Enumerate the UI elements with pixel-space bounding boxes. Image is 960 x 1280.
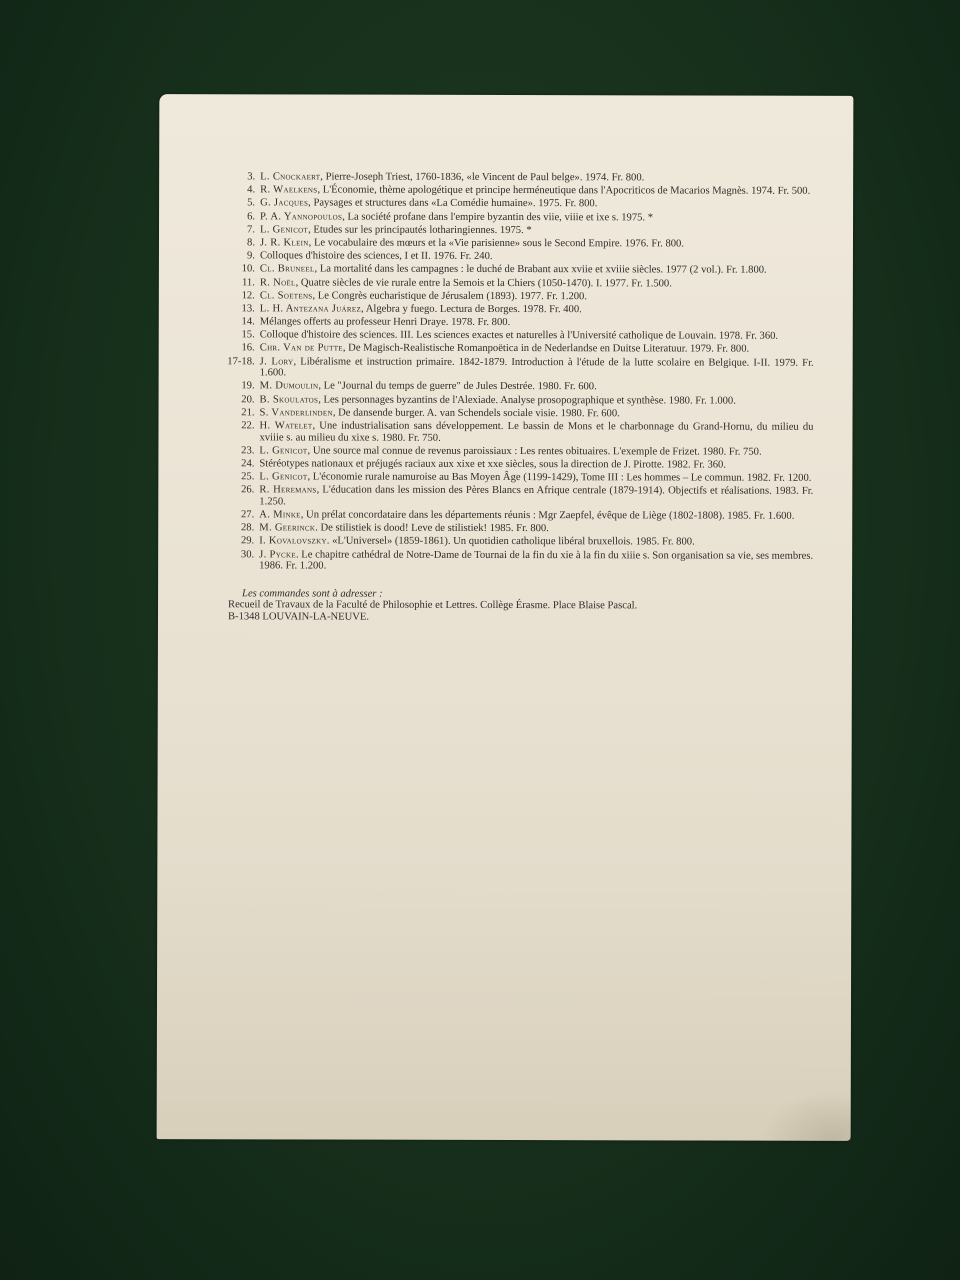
list-item: 22.H. Watelet, Une industrialisation san… bbox=[240, 420, 813, 445]
entry-author: L. Genicot bbox=[260, 224, 308, 235]
list-item: 25.L. Genicot, L'économie rurale namuroi… bbox=[240, 471, 813, 484]
list-item: 21.S. Vanderlinden, De dansende burger. … bbox=[241, 407, 814, 420]
entry-author: Chr. Van de Putte bbox=[260, 343, 343, 354]
entry-number: 28. bbox=[232, 523, 259, 535]
entry-title: . «L'Universel» (1859-1861). Un quotidie… bbox=[327, 536, 695, 548]
entry-number: 24. bbox=[232, 458, 259, 470]
entry-text: L. H. Antezana Juárez, Algebra y fuego. … bbox=[260, 303, 814, 316]
entry-title: , Etudes sur les principautés lotharingi… bbox=[308, 224, 532, 236]
entry-title: , Une source mal connue de revenus paroi… bbox=[308, 445, 762, 457]
entry-text: Colloque d'histoire des sciences. III. L… bbox=[260, 330, 814, 343]
entry-title: , Le "Journal du temps de guerre" de Jul… bbox=[318, 381, 596, 393]
entry-number: 14. bbox=[233, 316, 260, 328]
entry-text: Cl. Soetens, Le Congrès eucharistique de… bbox=[260, 290, 814, 303]
list-item: 29.I. Kovalovszky. «L'Universel» (1859-1… bbox=[240, 536, 813, 549]
entry-text: L. Genicot, Etudes sur les principautés … bbox=[260, 224, 814, 237]
entry-number: 3. bbox=[233, 171, 260, 183]
entry-title: , La mortalité dans les campagnes : le d… bbox=[315, 264, 767, 276]
entry-text: Stéréotypes nationaux et préjugés raciau… bbox=[259, 458, 813, 471]
entry-title: , De dansende burger. A. van Schendels s… bbox=[333, 407, 620, 419]
entry-title: Mélanges offerts au professeur Henri Dra… bbox=[260, 316, 510, 328]
entry-number: 11. bbox=[233, 277, 260, 289]
entry-text: H. Watelet, Une industrialisation sans d… bbox=[259, 420, 813, 445]
entry-title: . Le chapitre cathédral de Notre-Dame de… bbox=[259, 549, 813, 572]
list-item: 13.L. H. Antezana Juárez, Algebra y fueg… bbox=[241, 303, 814, 316]
entry-text: L. Genicot, Une source mal connue de rev… bbox=[259, 445, 813, 458]
entry-author: A. Minke bbox=[259, 509, 301, 520]
entry-text: Mélanges offerts au professeur Henri Dra… bbox=[260, 316, 814, 329]
list-item: 10.Cl. Bruneel, La mortalité dans les ca… bbox=[241, 264, 814, 277]
list-item: 6.P. A. Yannopoulos, La société profane … bbox=[241, 211, 814, 224]
entry-title: . De stilistiek is dood! Leve de stilist… bbox=[315, 523, 549, 535]
entry-number: 10. bbox=[233, 264, 260, 276]
entry-author: R. Heremans bbox=[259, 485, 316, 496]
entry-number: 17-18. bbox=[225, 356, 260, 379]
entry-title: , Le Congrès eucharistique de Jérusalem … bbox=[312, 290, 587, 302]
entry-text: R. Heremans, L'éducation dans les missio… bbox=[259, 485, 813, 510]
entry-title: , Libéralisme et instruction primaire. 1… bbox=[260, 356, 814, 379]
entry-number: 26. bbox=[232, 485, 259, 508]
list-item: 15.Colloque d'histoire des sciences. III… bbox=[241, 330, 814, 343]
list-item: 12.Cl. Soetens, Le Congrès eucharistique… bbox=[241, 290, 814, 303]
entry-number: 8. bbox=[233, 237, 260, 249]
entry-title: , Les personnages byzantins de l'Alexiad… bbox=[318, 394, 736, 406]
list-item: 7.L. Genicot, Etudes sur les principauté… bbox=[241, 224, 814, 237]
list-item: 23.L. Genicot, Une source mal connue de … bbox=[240, 445, 813, 458]
entries-list: 3.L. Cnockaert, Pierre-Joseph Triest, 17… bbox=[240, 171, 814, 573]
entry-title: , Quatre siècles de vie rurale entre la … bbox=[296, 277, 672, 289]
list-item: 26.R. Heremans, L'éducation dans les mis… bbox=[240, 485, 813, 510]
entry-number: 15. bbox=[233, 330, 260, 342]
entry-author: P. A. Yannopoulos bbox=[260, 211, 342, 222]
entry-author: M. Geerinck bbox=[259, 523, 315, 534]
entry-number: 6. bbox=[233, 211, 260, 223]
entry-text: Chr. Van de Putte, De Magisch-Realistisc… bbox=[260, 343, 814, 356]
entry-text: R. Waelkens, L'Économie, thème apologéti… bbox=[260, 185, 814, 198]
entry-author: S. Vanderlinden bbox=[260, 407, 333, 418]
list-item: 20.B. Skoulatos, Les personnages byzanti… bbox=[241, 394, 814, 407]
entry-author: J. Lory bbox=[260, 356, 294, 367]
list-item: 8.J. R. Klein, Le vocabulaire des mœurs … bbox=[241, 237, 814, 250]
entry-title: Colloque d'histoire des sciences. III. L… bbox=[260, 330, 778, 342]
entry-number: 19. bbox=[233, 381, 260, 393]
list-item: 11.R. Noël, Quatre siècles de vie rurale… bbox=[241, 277, 814, 290]
entry-text: L. Cnockaert, Pierre-Joseph Triest, 1760… bbox=[260, 171, 814, 184]
list-item: 19.M. Dumoulin, Le "Journal du temps de … bbox=[241, 381, 814, 394]
list-item: 17-18.J. Lory, Libéralisme et instructio… bbox=[241, 356, 814, 381]
orders-block: Les commandes sont à adresser : Recueil … bbox=[228, 588, 813, 624]
entry-title: , Paysages et structures dans «La Comédi… bbox=[308, 198, 597, 210]
entry-author: R. Waelkens bbox=[260, 185, 317, 196]
entry-number: 21. bbox=[233, 407, 260, 419]
entry-title: , L'Économie, thème apologétique et prin… bbox=[317, 185, 810, 197]
entry-text: M. Dumoulin, Le "Journal du temps de gue… bbox=[260, 381, 814, 394]
list-item: 24.Stéréotypes nationaux et préjugés rac… bbox=[240, 458, 813, 471]
entry-text: I. Kovalovszky. «L'Universel» (1859-1861… bbox=[259, 536, 813, 549]
entry-number: 27. bbox=[232, 509, 259, 521]
entry-title: , Pierre-Joseph Triest, 1760-1836, «le V… bbox=[320, 172, 644, 184]
entry-text: B. Skoulatos, Les personnages byzantins … bbox=[260, 394, 814, 407]
entry-text: G. Jacques, Paysages et structures dans … bbox=[260, 198, 814, 211]
entry-author: H. Watelet bbox=[259, 420, 312, 431]
entry-author: L. Cnockaert bbox=[260, 171, 320, 182]
entry-author: L. H. Antezana Juárez bbox=[260, 303, 361, 314]
entry-author: G. Jacques bbox=[260, 198, 308, 209]
list-item: 16.Chr. Van de Putte, De Magisch-Realist… bbox=[241, 343, 814, 356]
list-item: 27.A. Minke, Un prélat concordataire dan… bbox=[240, 509, 813, 522]
entry-number: 30. bbox=[232, 549, 259, 572]
list-item: 30.J. Pycke. Le chapitre cathédral de No… bbox=[240, 549, 813, 574]
entry-author: Cl. Soetens bbox=[260, 290, 313, 301]
entry-author: I. Kovalovszky bbox=[259, 536, 327, 547]
entry-author: R. Noël bbox=[260, 277, 296, 288]
entry-text: J. Pycke. Le chapitre cathédral de Notre… bbox=[259, 549, 813, 574]
entry-text: Cl. Bruneel, La mortalité dans les campa… bbox=[260, 264, 814, 277]
orders-city: B-1348 LOUVAIN-LA-NEUVE. bbox=[228, 611, 813, 624]
list-item: 4.R. Waelkens, L'Économie, thème apologé… bbox=[241, 184, 814, 197]
list-item: 28.M. Geerinck. De stilistiek is dood! L… bbox=[240, 523, 813, 536]
entry-text: M. Geerinck. De stilistiek is dood! Leve… bbox=[259, 523, 813, 536]
entry-number: 5. bbox=[233, 198, 260, 210]
entry-text: J. R. Klein, Le vocabulaire des mœurs et… bbox=[260, 237, 814, 250]
entry-number: 25. bbox=[232, 471, 259, 483]
entry-text: L. Genicot, L'économie rurale namuroise … bbox=[259, 471, 813, 484]
entry-text: S. Vanderlinden, De dansende burger. A. … bbox=[260, 407, 814, 420]
book-back-cover: 3.L. Cnockaert, Pierre-Joseph Triest, 17… bbox=[157, 94, 854, 1141]
entry-number: 9. bbox=[233, 250, 260, 262]
entry-title: Stéréotypes nationaux et préjugés raciau… bbox=[259, 458, 726, 470]
entry-author: J. Pycke bbox=[259, 549, 296, 560]
entry-author: B. Skoulatos bbox=[260, 394, 319, 405]
entry-title: , L'éducation dans les mission des Pères… bbox=[259, 485, 813, 508]
entry-text: Colloques d'histoire des sciences, I et … bbox=[260, 250, 814, 263]
entry-title: Colloques d'histoire des sciences, I et … bbox=[260, 250, 493, 262]
entry-number: 16. bbox=[233, 343, 260, 355]
entry-author: Cl. Bruneel bbox=[260, 264, 315, 275]
publication-list: 3.L. Cnockaert, Pierre-Joseph Triest, 17… bbox=[240, 171, 814, 624]
list-item: 3.L. Cnockaert, Pierre-Joseph Triest, 17… bbox=[241, 171, 814, 184]
list-item: 14.Mélanges offerts au professeur Henri … bbox=[241, 316, 814, 329]
entry-number: 12. bbox=[233, 290, 260, 302]
entry-number: 22. bbox=[232, 420, 259, 443]
list-item: 5.G. Jacques, Paysages et structures dan… bbox=[241, 198, 814, 211]
entry-title: , Un prélat concordataire dans les dépar… bbox=[301, 510, 795, 522]
entry-author: M. Dumoulin bbox=[260, 381, 319, 392]
entry-author: L. Genicot bbox=[259, 471, 307, 482]
entry-author: L. Genicot bbox=[259, 445, 307, 456]
entry-number: 4. bbox=[233, 184, 260, 196]
entry-number: 29. bbox=[232, 536, 259, 548]
entry-text: A. Minke, Un prélat concordataire dans l… bbox=[259, 509, 813, 522]
entry-title: , L'économie rurale namuroise au Bas Moy… bbox=[307, 472, 811, 484]
entry-number: 7. bbox=[233, 224, 260, 236]
entry-title: , Algebra y fuego. Lectura de Borges. 19… bbox=[361, 303, 582, 315]
entry-number: 13. bbox=[233, 303, 260, 315]
entry-title: , De Magisch-Realistische Romanpoëtica i… bbox=[343, 343, 749, 355]
entry-text: R. Noël, Quatre siècles de vie rurale en… bbox=[260, 277, 814, 290]
entry-number: 20. bbox=[233, 394, 260, 406]
entry-title: , Une industrialisation sans développeme… bbox=[259, 420, 813, 443]
entry-title: , La société profane dans l'empire byzan… bbox=[342, 211, 653, 223]
entry-text: P. A. Yannopoulos, La société profane da… bbox=[260, 211, 814, 224]
entry-text: J. Lory, Libéralisme et instruction prim… bbox=[260, 356, 814, 381]
entry-author: J. R. Klein bbox=[260, 237, 309, 248]
entry-title: , Le vocabulaire des mœurs et la «Vie pa… bbox=[309, 237, 684, 249]
entry-number: 23. bbox=[232, 445, 259, 457]
list-item: 9.Colloques d'histoire des sciences, I e… bbox=[241, 250, 814, 263]
